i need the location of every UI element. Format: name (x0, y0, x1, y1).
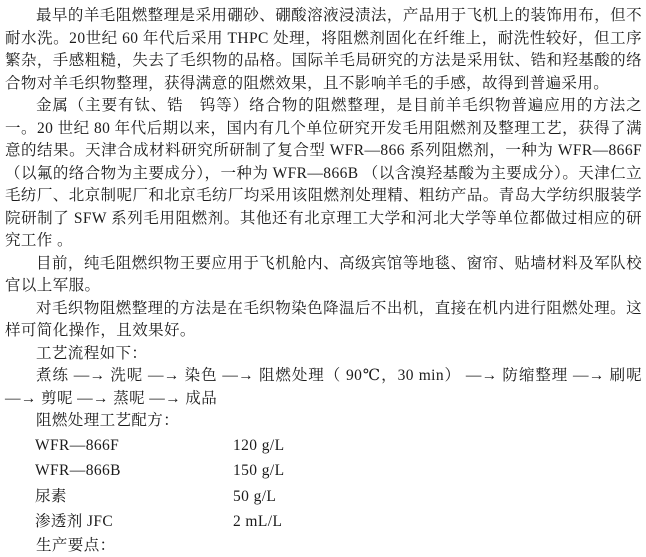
paragraph-applications: 目前，纯毛阻燃织物王要应用于飞机舱内、高级宾馆等地毯、窗帘、贴墙材料及军队校官以… (5, 253, 642, 298)
recipe-row: 尿素 50 g/L (5, 484, 642, 510)
paragraph-method: 对毛织物阻燃整理的方法是在毛织物染色降温后不出机，直接在机内进行阻燃处理。这样可… (5, 298, 642, 343)
recipe-heading: 阻燃处理工艺配方： (5, 410, 642, 433)
recipe-chemical-label: WFR—866B (5, 458, 233, 484)
document-page: 最早的羊毛阻燃整理是采用硼砂、硼酸溶液浸渍法，产品用于飞机上的装饰用布，但不耐水… (0, 0, 646, 557)
paragraph-history: 最早的羊毛阻燃整理是采用硼砂、硼酸溶液浸渍法，产品用于飞机上的装饰用布，但不耐水… (5, 5, 642, 95)
recipe-row: WFR—866B 150 g/L (5, 458, 642, 484)
process-flow: 煮练 —→ 洗呢 —→ 染色 —→ 阻燃处理（ 90℃，30 min） —→ 防… (5, 365, 642, 410)
recipe-chemical-label: WFR—866F (5, 433, 233, 459)
recipe-dosage-value: 2 mL/L (233, 509, 642, 535)
recipe-chemical-label: 尿素 (5, 484, 233, 510)
recipe-dosage-value: 50 g/L (233, 484, 642, 510)
recipe-row: WFR—866F 120 g/L (5, 433, 642, 459)
production-notes-heading: 生产要点： (5, 535, 642, 557)
recipe-dosage-value: 150 g/L (233, 458, 642, 484)
recipe-chemical-label: 渗透剂 JFC (5, 509, 233, 535)
recipe-table: WFR—866F 120 g/L WFR—866B 150 g/L 尿素 50 … (5, 433, 642, 535)
recipe-row: 渗透剂 JFC 2 mL/L (5, 509, 642, 535)
process-flow-heading: 工艺流程如下： (5, 343, 642, 366)
recipe-dosage-value: 120 g/L (233, 433, 642, 459)
paragraph-metal-complex: 金属（主要有钛、锆 钨等）络合物的阻燃整理，是目前羊毛织物普遍应用的方法之一。2… (5, 95, 642, 253)
